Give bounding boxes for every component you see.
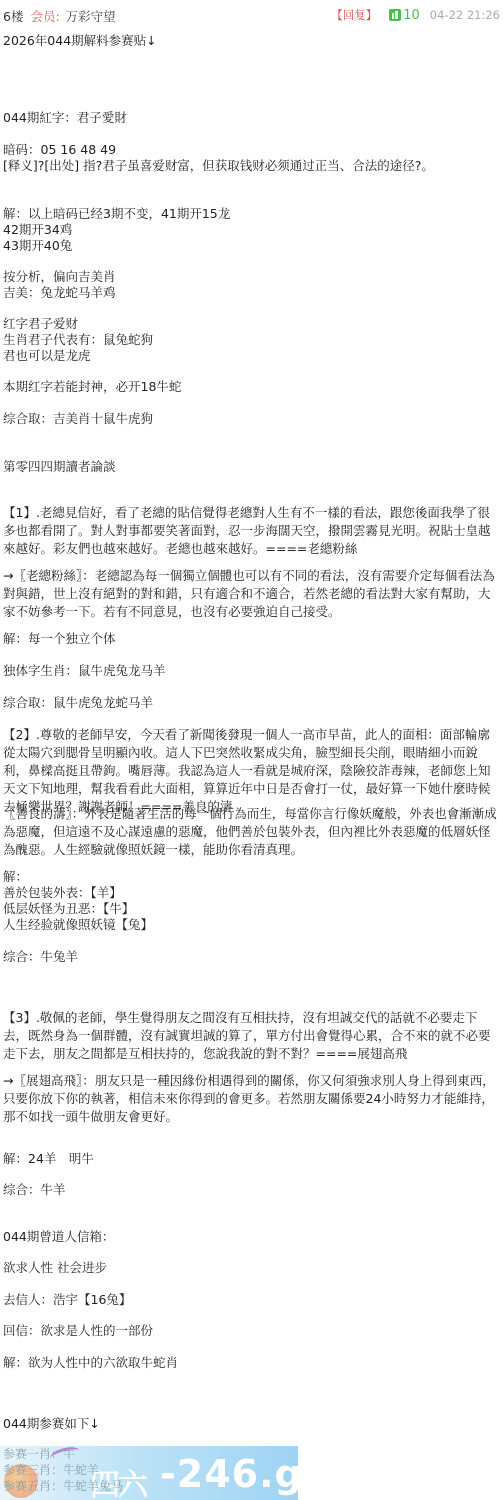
mailbox-title: 044期曾道人信箱： <box>3 1228 114 1245</box>
letter-3: 【3】.敬佩的老師，學生覺得朋友之間沒有互相扶持，沒有坦誠交代的話就不必要走下去… <box>3 1009 500 1063</box>
letter-2-c: 人生经验就像照妖镜【兔】 <box>3 916 153 933</box>
reply-3: →〖展翅高飛〗：朋友只是一種因緣份相遇得到的關係，你又何須強求別人身上得到東西，… <box>3 1072 500 1126</box>
letter-1-solve: 解：每一个独立个体 <box>3 630 116 647</box>
letter-2: 【2】.尊敬的老師早安，今天看了新聞後發現一個人一高市早苗，此人的面相：面部輪廓… <box>3 726 500 816</box>
mailbox-solve: 解：欲为人性中的六欲取牛蛇肖 <box>3 1354 178 1371</box>
solve-line-3: 43期开40兔 <box>3 237 72 254</box>
analysis-line-1: 按分析，偏向吉美肖 <box>3 268 116 285</box>
definition: [释义]?[出处] 指?君子虽喜爱财富，但获取钱财必须通过正当、合法的途径?。 <box>3 157 434 174</box>
post-meta: 6楼 会员: 万彩守望 <box>3 7 116 25</box>
username-link[interactable]: 万彩守望 <box>66 9 116 24</box>
red-word: 044期紅字：君子愛財 <box>3 109 127 126</box>
entry-five-zodiac: 参赛五肖：牛蛇羊兔马 <box>3 1478 123 1494</box>
watermark-banner: 四六 -246.gd 参赛一肖：牛 参赛三肖：牛蛇羊 参赛五肖：牛蛇羊兔马 <box>0 1446 298 1500</box>
solve-line-2: 42期开34鸡 <box>3 221 72 238</box>
member-badge: 会员 <box>30 9 55 24</box>
red-line-1: 红字君子爱财 <box>3 315 78 332</box>
floor-number: 6楼 <box>3 9 23 24</box>
post-header: 6楼 会员: 万彩守望 【回复】 10 04-22 21:26 <box>0 0 503 30</box>
letter-3-solve: 解：24羊 明牛 <box>3 1150 94 1167</box>
letter-2-solve: 解： <box>3 868 28 885</box>
entry-one-zodiac: 参赛一肖：牛 <box>3 1446 75 1462</box>
red-line-3: 君也可以是龙虎 <box>3 347 91 364</box>
secret-code: 暗码：05 16 48 49 <box>3 141 116 158</box>
like-icon[interactable] <box>389 9 401 21</box>
entry-three-zodiac: 参赛三肖：牛蛇羊 <box>3 1462 99 1478</box>
post-timestamp: 04-22 21:26 <box>430 8 500 22</box>
reply-1: →〖老總粉絲〗：老總認為每一個獨立個體也可以有不同的看法，沒有需要介定每個看法為… <box>3 567 500 621</box>
mailbox-topic: 欲求人性 社会进步 <box>3 1259 107 1276</box>
seal-line: 本期红字若能封神，必开18牛蛇 <box>3 378 181 395</box>
entry-title: 044期参赛如下↓ <box>3 1415 100 1432</box>
reply-button[interactable]: 【回复】 <box>331 7 377 23</box>
letter-1: 【1】.老總見信好，看了老總的貼信覺得老總對人生有不一樣的看法，跟您後面我學了很… <box>3 504 500 558</box>
red-line-2: 生肖君子代表有：鼠兔蛇狗 <box>3 331 153 348</box>
watermark-domain: -246.gd <box>160 1452 298 1496</box>
section-title: 第零四四期讀者論談 <box>3 458 116 475</box>
letter-2-b: 低层妖怪为丑恶：【牛】 <box>3 900 134 917</box>
letter-1-zodiac: 独体字生肖：鼠牛虎兔龙马羊 <box>3 662 166 679</box>
letter-2-a: 善於包装外表：【羊】 <box>3 884 122 901</box>
letter-1-combined: 综合取：鼠牛虎兔龙蛇马羊 <box>3 694 153 711</box>
mailbox-reply: 回信：欲求是人性的一部份 <box>3 1322 153 1339</box>
mailbox-recipient: 去信人：浩宇【16兔】 <box>3 1291 131 1308</box>
solve-line-1: 解：以上暗码已经3期不变，41期开15龙 <box>3 205 230 222</box>
letter-2-combined: 综合：牛兔羊 <box>3 948 78 965</box>
post-title: 2026年044期解料参赛贴↓ <box>3 32 157 49</box>
post-actions: 【回复】 10 04-22 21:26 <box>331 7 500 23</box>
reply-2: 〖善良的濤〗：外表是隨著生活的每一個行為而生，每當你言行像妖魔般，外表也會漸漸成… <box>3 805 500 859</box>
analysis-line-2: 吉美：兔龙蛇马羊鸡 <box>3 284 116 301</box>
combined-line-1: 综合取：吉美肖十鼠牛虎狗 <box>3 410 153 427</box>
separator: : <box>55 9 59 24</box>
like-count[interactable]: 10 <box>403 8 420 23</box>
letter-3-combined: 综合：牛羊 <box>3 1181 66 1198</box>
